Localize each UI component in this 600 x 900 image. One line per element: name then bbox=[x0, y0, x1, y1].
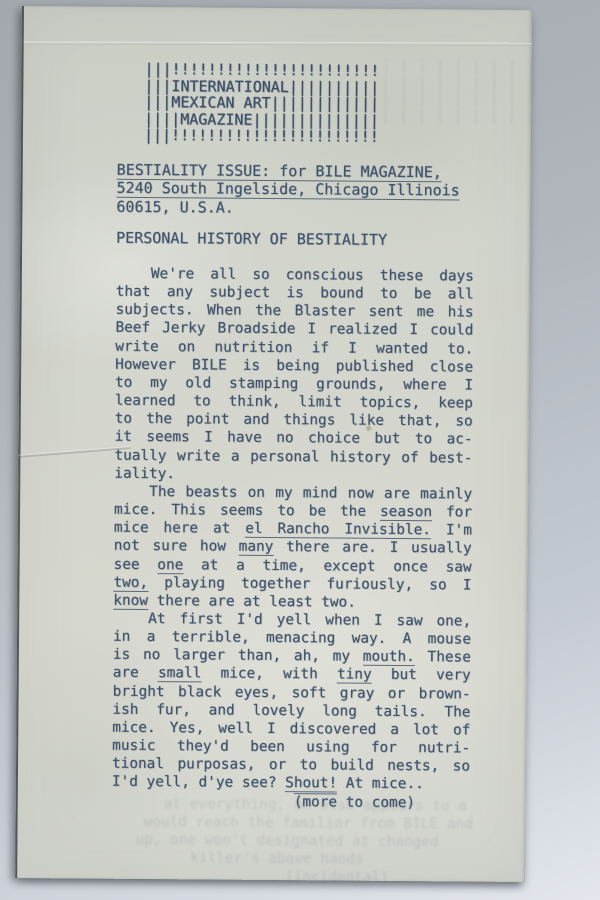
underlined-text: el Rancho Invisible. bbox=[245, 521, 431, 539]
underlined-text: one bbox=[157, 557, 183, 574]
body-text: We're all so conscious these daysthat an… bbox=[112, 265, 474, 812]
text-segment: there are at least two. bbox=[148, 593, 356, 611]
text-segment: ish fur, and lovely long tails. The bbox=[112, 701, 470, 720]
text-segment: playing together furiously, so I bbox=[148, 575, 471, 594]
text-segment: mice. This seems to be the bbox=[114, 502, 380, 520]
underlined-text: season bbox=[380, 504, 432, 521]
text-line: tually write a personal history of best- bbox=[114, 446, 472, 467]
text-segment: These bbox=[415, 649, 471, 665]
text-line: it seems I have no choice but to ac- bbox=[115, 428, 473, 449]
text-segment: However BILE is being published close bbox=[115, 357, 473, 376]
text-segment: mice, with bbox=[201, 666, 337, 683]
text-segment: at a time, except once saw bbox=[183, 557, 471, 575]
text-segment: that any subject is bound to be all bbox=[116, 284, 474, 303]
magazine-logo: |||!!!!!!!!!!!!!!!!!!!!!!!|||INTERNATION… bbox=[144, 61, 379, 145]
text-segment: but very bbox=[372, 667, 471, 684]
underlined-text: mouth. bbox=[363, 649, 415, 666]
underlined-text: two, bbox=[113, 574, 148, 591]
text-segment: I'd yell, d'ye see? bbox=[112, 774, 285, 791]
text-segment: not sure how bbox=[114, 538, 239, 555]
bleedthrough-logo: | | | | | | | | || | | | | | | | || | | … bbox=[381, 57, 535, 124]
ghost-row: | | | | | | | | | bbox=[381, 90, 535, 108]
text-segment: mice here at bbox=[114, 520, 245, 537]
text-segment: write on nutrition if I wanted to. bbox=[115, 338, 473, 357]
text-line: Beef Jerky Broadside I realized I could bbox=[115, 319, 473, 340]
logo-line: |||!!!!!!!!!!!!!!!!!!!!!!! bbox=[144, 127, 379, 145]
text-segment: in a terrible, menacing way. A mouse bbox=[113, 629, 471, 648]
text-segment: learned to think, limit topics, keep bbox=[115, 393, 473, 412]
underlined-text: many bbox=[239, 539, 274, 556]
photo-backdrop: { "colors": { "backdrop": "#b3b9bf", "pa… bbox=[0, 0, 600, 900]
underlined-text: small bbox=[158, 666, 201, 683]
ghost-line: killer's above hands bbox=[135, 849, 507, 870]
text-segment: music they'd been using for nutri- bbox=[112, 738, 470, 757]
text-segment: tional purposas, or to build nests, so bbox=[112, 756, 470, 775]
text-line: see one at a time, except once saw bbox=[114, 555, 472, 576]
page-title: PERSONAL HISTORY OF BESTIALITY bbox=[116, 229, 387, 249]
ghost-row: | | | | | | | | | bbox=[381, 57, 535, 75]
underlined-text: tiny bbox=[337, 667, 372, 684]
ghost-row: | | | | | | | | | bbox=[381, 106, 535, 124]
underlined-text: know bbox=[113, 593, 148, 610]
text-segment: for bbox=[432, 504, 472, 520]
text-line: are small mice, with tiny but very bbox=[113, 664, 471, 685]
text-segment: The beasts on my mind now are mainly bbox=[149, 484, 472, 503]
text-segment: bright black eyes, soft gray or brown- bbox=[113, 683, 471, 702]
text-segment: is no larger than, ah, my bbox=[113, 647, 363, 665]
text-line: not sure how many there are. I usually bbox=[114, 537, 472, 558]
text-segment: subjects. When the Blaster sent me his bbox=[116, 302, 474, 321]
text-segment: tually write a personal history of best- bbox=[114, 447, 472, 466]
paper-crease-top bbox=[24, 41, 532, 45]
text-segment: it seems I have no choice but to ac- bbox=[115, 429, 473, 448]
document-page: | | | | | | | | || | | | | | | | || | | … bbox=[15, 6, 532, 882]
text-segment: mice. Yes, well I discovered a lot of bbox=[112, 720, 470, 739]
text-segment: I'm bbox=[431, 522, 472, 538]
address-line: 60615, U.S.A. bbox=[116, 197, 459, 218]
text-segment: see bbox=[114, 556, 158, 572]
text-segment: At first I'd yell when I saw one, bbox=[148, 611, 471, 630]
underlined-text: Shout! bbox=[285, 775, 337, 792]
text-segment: Beef Jerky Broadside I realized I could bbox=[115, 320, 473, 339]
text-segment: At mice.. bbox=[337, 776, 424, 793]
bleedthrough-text: at everything, an also appears to awould… bbox=[135, 795, 508, 888]
text-segment: iality. bbox=[114, 465, 175, 481]
text-segment: We're all so conscious these days bbox=[151, 266, 474, 285]
ghost-line: (incidental) bbox=[135, 867, 507, 888]
address-block: BESTIALITY ISSUE: for BILE MAGAZINE,5240… bbox=[116, 161, 460, 219]
text-segment: there are. I usually bbox=[273, 539, 471, 557]
text-segment: to the point and things like that, so bbox=[115, 411, 473, 430]
text-segment: to my old stamping grounds, where I bbox=[115, 375, 473, 394]
text-line: I'd yell, d'ye see? Shout! At mice.. bbox=[112, 773, 470, 794]
text-segment: are bbox=[113, 665, 158, 681]
